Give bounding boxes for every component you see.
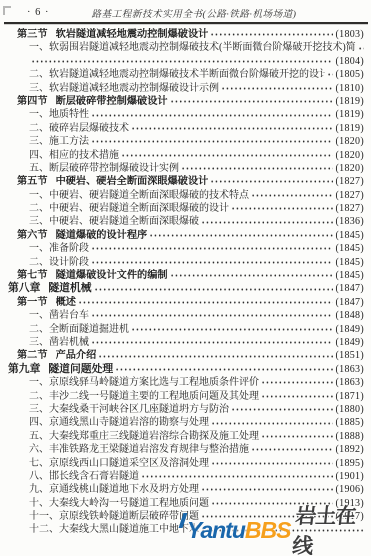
dot-leader: [91, 311, 333, 320]
entry-page: (1849): [336, 336, 364, 349]
toc-entry: 五、断层破碎带控制爆破设计实例(1820): [0, 162, 371, 175]
toc-entry: 四、相应的技术措施(1820): [0, 149, 371, 162]
toc-entry: 第五节中硬岩、硬岩全断面深眼爆破设计(1827): [0, 175, 371, 188]
entry-label: 第六节: [17, 229, 48, 242]
entry-page: (1880): [336, 403, 364, 416]
toc-entry: 二、破碎岩层爆破技术(1819): [0, 122, 371, 135]
entry-title: 二、中硬岩、硬岩隧道全断面深眼爆破的设计: [29, 202, 229, 215]
entry-title: 一、凿岩台车: [29, 309, 89, 322]
toc-entry: 一、地质特性(1819): [0, 108, 371, 121]
watermark: Yantu BBS 岩土在线: [181, 511, 371, 549]
entry-page: (1863): [336, 363, 364, 376]
entry-page: (1845): [336, 269, 364, 282]
entry-page: (1820): [336, 149, 364, 162]
entry-title: 七、京原线西山口隧道采空区及溶洞处理: [29, 457, 209, 470]
entry-title: 一、软弱围岩隧道减轻地震动控制爆破技术(半断面微台阶爆破开挖技术)简介: [29, 41, 356, 54]
entry-page: (1885): [336, 416, 364, 429]
entry-page: (1845): [336, 229, 364, 242]
dot-leader: [210, 177, 332, 186]
dot-leader: [91, 244, 333, 253]
entry-title: 二、破碎岩层爆破技术: [29, 122, 129, 135]
entry-label: 第三节: [17, 28, 48, 41]
entry-page: (1906): [336, 483, 364, 496]
toc-entry: 二、设计阶段(1845): [0, 256, 371, 269]
dot-leader: [261, 378, 333, 387]
toc-entry: 第一节概述(1847): [0, 296, 371, 309]
entry-title: 十、大秦线大岭沟一号隧道工程地质问题: [29, 497, 209, 510]
entry-page: (1851): [336, 349, 364, 362]
toc-entry: 七、京原线西山口隧道采空区及溶洞处理(1895): [0, 457, 371, 470]
entry-title: 三、施工方法: [29, 135, 89, 148]
entry-title: 十二、大秦线大黑山隧道施工中地下水: [29, 523, 199, 536]
entry-page: (1819): [336, 108, 364, 121]
scanned-toc-page: · 6 · 路基工程新技术实用全书(公路·铁路·机场场道) 第三节软岩隧道减轻地…: [0, 0, 371, 556]
dot-leader: [131, 124, 333, 133]
toc-entry: 二、软岩隧道减轻地震动控制爆破技术半断面微台阶爆破开挖的设计(1805): [0, 68, 371, 81]
entry-label: 第八章: [8, 282, 40, 295]
toc-entry: 三、施工方法(1820): [0, 135, 371, 148]
entry-page: (1892): [336, 443, 364, 456]
entry-label: 第二节: [17, 349, 48, 362]
entry-page: (1827): [336, 175, 364, 188]
page-number: · 6 ·: [27, 7, 50, 18]
dot-leader: [251, 445, 333, 454]
entry-page: (1803): [336, 28, 364, 41]
dot-leader: [91, 258, 333, 267]
dot-leader: [91, 137, 333, 146]
toc-entry: 三、软岩隧道减轻地震动控制爆破设计示例(1810): [0, 82, 371, 95]
entry-title: 一、准备阶段: [29, 242, 89, 255]
dot-leader: [98, 352, 332, 361]
dot-leader: [261, 432, 333, 441]
toc-entry: 一、京原线驿马岭隧道方案比选与工程地质条件评价(1863): [0, 376, 371, 389]
entry-title: 软岩隧道减轻地震动控制爆破设计: [56, 28, 209, 41]
dot-leader: [121, 151, 333, 160]
entry-title: 二、丰沙二线一号隧道主要的工程地质问题及其处理: [29, 390, 259, 403]
dot-leader: [327, 70, 333, 79]
entry-page: (1805): [336, 68, 364, 81]
entry-title: 概述: [56, 296, 76, 309]
toc-entry: 第六节隧道爆破的设计程序(1845): [0, 229, 371, 242]
entry-page: (1819): [336, 122, 364, 135]
dot-leader: [170, 97, 333, 106]
running-header: · 6 · 路基工程新技术实用全书(公路·铁路·机场场道): [0, 5, 371, 20]
entry-label: 第五节: [17, 175, 48, 188]
entry-page: (1820): [336, 162, 364, 175]
entry-page: (1819): [336, 95, 364, 108]
entry-title: 十一、京原线铁岭隧道断层破碎带问题: [29, 510, 199, 523]
entry-title: 断层破碎带控制爆破设计: [56, 95, 168, 108]
entry-title: 三、软岩隧道减轻地震动控制爆破设计示例: [29, 82, 219, 95]
dot-leader: [91, 111, 333, 120]
toc-entry: 三、中硬岩、硬岩隧道全断面深眼爆破(1836): [0, 215, 371, 228]
entry-title: 三、凿岩机械: [29, 336, 89, 349]
entry-page: (1847): [336, 282, 364, 295]
dot-leader: [170, 271, 333, 280]
entry-page: (1849): [336, 323, 364, 336]
entry-title: 四、京通线黑山寺隧道岩溶的勘察与处理: [29, 416, 209, 429]
dot-leader: [231, 405, 333, 414]
entry-page: (1845): [336, 242, 364, 255]
entry-title: 一、京原线驿马岭隧道方案比选与工程地质条件评价: [29, 376, 259, 389]
toc-entry: (1804): [0, 55, 371, 68]
entry-title: 隧道问题处理: [48, 363, 113, 376]
dot-leader: [261, 392, 333, 401]
dot-leader: [251, 191, 333, 200]
entry-title: 九、京通线桃山隧道地下水及坍方处理: [29, 483, 199, 496]
entry-label: 第七节: [17, 269, 48, 282]
dot-leader: [231, 204, 333, 213]
entry-page: (1888): [336, 430, 364, 443]
entry-title: 二、软岩隧道减轻地震动控制爆破技术半断面微台阶爆破开挖的设计: [29, 68, 325, 81]
dot-leader: [358, 44, 364, 53]
dot-leader: [201, 218, 333, 227]
dot-leader: [31, 57, 333, 66]
entry-page: (1845): [336, 256, 364, 269]
dot-leader: [94, 285, 333, 294]
dot-leader: [201, 485, 333, 494]
entry-page: (1836): [336, 215, 364, 228]
dot-leader: [131, 325, 333, 334]
dot-leader: [211, 459, 333, 468]
entry-page: (1901): [336, 470, 364, 483]
entry-label: 第一节: [17, 296, 48, 309]
toc-entry: 第三节软岩隧道减轻地震动控制爆破设计(1803): [0, 28, 371, 41]
toc-entry: 三、凿岩机械(1849): [0, 336, 371, 349]
entry-label: 第四节: [17, 95, 48, 108]
toc-entry: 八、邯长线含石膏岩隧道(1901): [0, 470, 371, 483]
entry-title: 隧道爆破设计文件的编制: [56, 269, 168, 282]
toc-entry: 四、京通线黑山寺隧道岩溶的勘察与处理(1885): [0, 416, 371, 429]
entry-title: 产品介绍: [56, 349, 97, 362]
entry-page: (1820): [336, 135, 364, 148]
toc-entry: 一、软弱围岩隧道减轻地震动控制爆破技术(半断面微台阶爆破开挖技术)简介: [0, 41, 371, 54]
dot-leader: [115, 365, 332, 374]
entry-title: 一、中硬岩、硬岩隧道全断面深眼爆破的技术特点: [29, 189, 249, 202]
entry-title: 三、中硬岩、硬岩隧道全断面深眼爆破: [29, 215, 199, 228]
toc-entry: 二、中硬岩、硬岩隧道全断面深眼爆破的设计(1827): [0, 202, 371, 215]
entry-title: 一、地质特性: [29, 108, 89, 121]
entry-title: 中硬岩、硬岩全断面深眼爆破设计: [56, 175, 209, 188]
toc-entry: 三、大秦线桑干河峡谷区几座隧道坍方与防治(1880): [0, 403, 371, 416]
dot-leader: [141, 472, 333, 481]
book-title: 路基工程新技术实用全书(公路·铁路·机场场道): [92, 6, 297, 20]
entry-page: (1863): [336, 376, 364, 389]
entry-title: 五、大秦线郑重庄三线隧道岩溶综合勘探及施工处理: [29, 430, 259, 443]
entry-page: (1804): [336, 55, 364, 68]
entry-title: 二、设计阶段: [29, 256, 89, 269]
entry-title: 四、相应的技术措施: [29, 149, 119, 162]
entry-page: (1871): [336, 390, 364, 403]
toc-entry: 九、京通线桃山隧道地下水及坍方处理(1906): [0, 483, 371, 496]
entry-title: 三、大秦线桑干河峡谷区几座隧道坍方与防治: [29, 403, 229, 416]
toc-entry: 第八章隧道机械(1847): [0, 282, 371, 295]
entry-title: 六、丰准铁路龙王梁隧道岩溶发育规律与整治措施: [29, 443, 249, 456]
dot-leader: [149, 231, 332, 240]
watermark-yantu-text: Yantu: [187, 517, 245, 544]
toc-entry: 第九章隧道问题处理(1863): [0, 363, 371, 376]
dot-leader: [78, 298, 333, 307]
entry-title: 隧道爆破的设计程序: [56, 229, 148, 242]
toc-entry: 一、准备阶段(1845): [0, 242, 371, 255]
entry-label: 第九章: [8, 363, 40, 376]
toc-entry: 第四节断层破碎带控制爆破设计(1819): [0, 95, 371, 108]
toc-entry: 六、丰准铁路龙王梁隧道岩溶发育规律与整治措施(1892): [0, 443, 371, 456]
entry-title: 八、邯长线含石膏岩隧道: [29, 470, 139, 483]
watermark-chinese-text: 岩土在线: [291, 500, 371, 556]
entry-page: (1895): [336, 457, 364, 470]
entry-page: (1848): [336, 309, 364, 322]
toc-entry: 第二节产品介绍(1851): [0, 349, 371, 362]
watermark-bbs-text: BBS: [245, 517, 291, 544]
table-of-contents: 第三节软岩隧道减轻地震动控制爆破设计(1803)一、软弱围岩隧道减轻地震动控制爆…: [0, 28, 371, 537]
toc-entry: 第七节隧道爆破设计文件的编制(1845): [0, 269, 371, 282]
toc-entry: 二、全断面隧道掘进机(1849): [0, 323, 371, 336]
entry-page: (1827): [336, 202, 364, 215]
toc-entry: 一、中硬岩、硬岩隧道全断面深眼爆破的技术特点(1827): [0, 189, 371, 202]
header-rule: [4, 22, 368, 24]
entry-title: 五、断层破碎带控制爆破设计实例: [29, 162, 179, 175]
dot-leader: [221, 84, 333, 93]
toc-entry: 五、大秦线郑重庄三线隧道岩溶综合勘探及施工处理(1888): [0, 430, 371, 443]
entry-title: 二、全断面隧道掘进机: [29, 323, 129, 336]
entry-page: (1827): [336, 189, 364, 202]
dot-leader: [181, 164, 333, 173]
dot-leader: [91, 338, 333, 347]
toc-entry: 一、凿岩台车(1848): [0, 309, 371, 322]
entry-page: (1810): [336, 82, 364, 95]
entry-page: (1847): [336, 296, 364, 309]
dot-leader: [211, 419, 333, 428]
entry-title: 隧道机械: [48, 282, 91, 295]
dot-leader: [210, 30, 332, 39]
toc-entry: 二、丰沙二线一号隧道主要的工程地质问题及其处理(1871): [0, 390, 371, 403]
